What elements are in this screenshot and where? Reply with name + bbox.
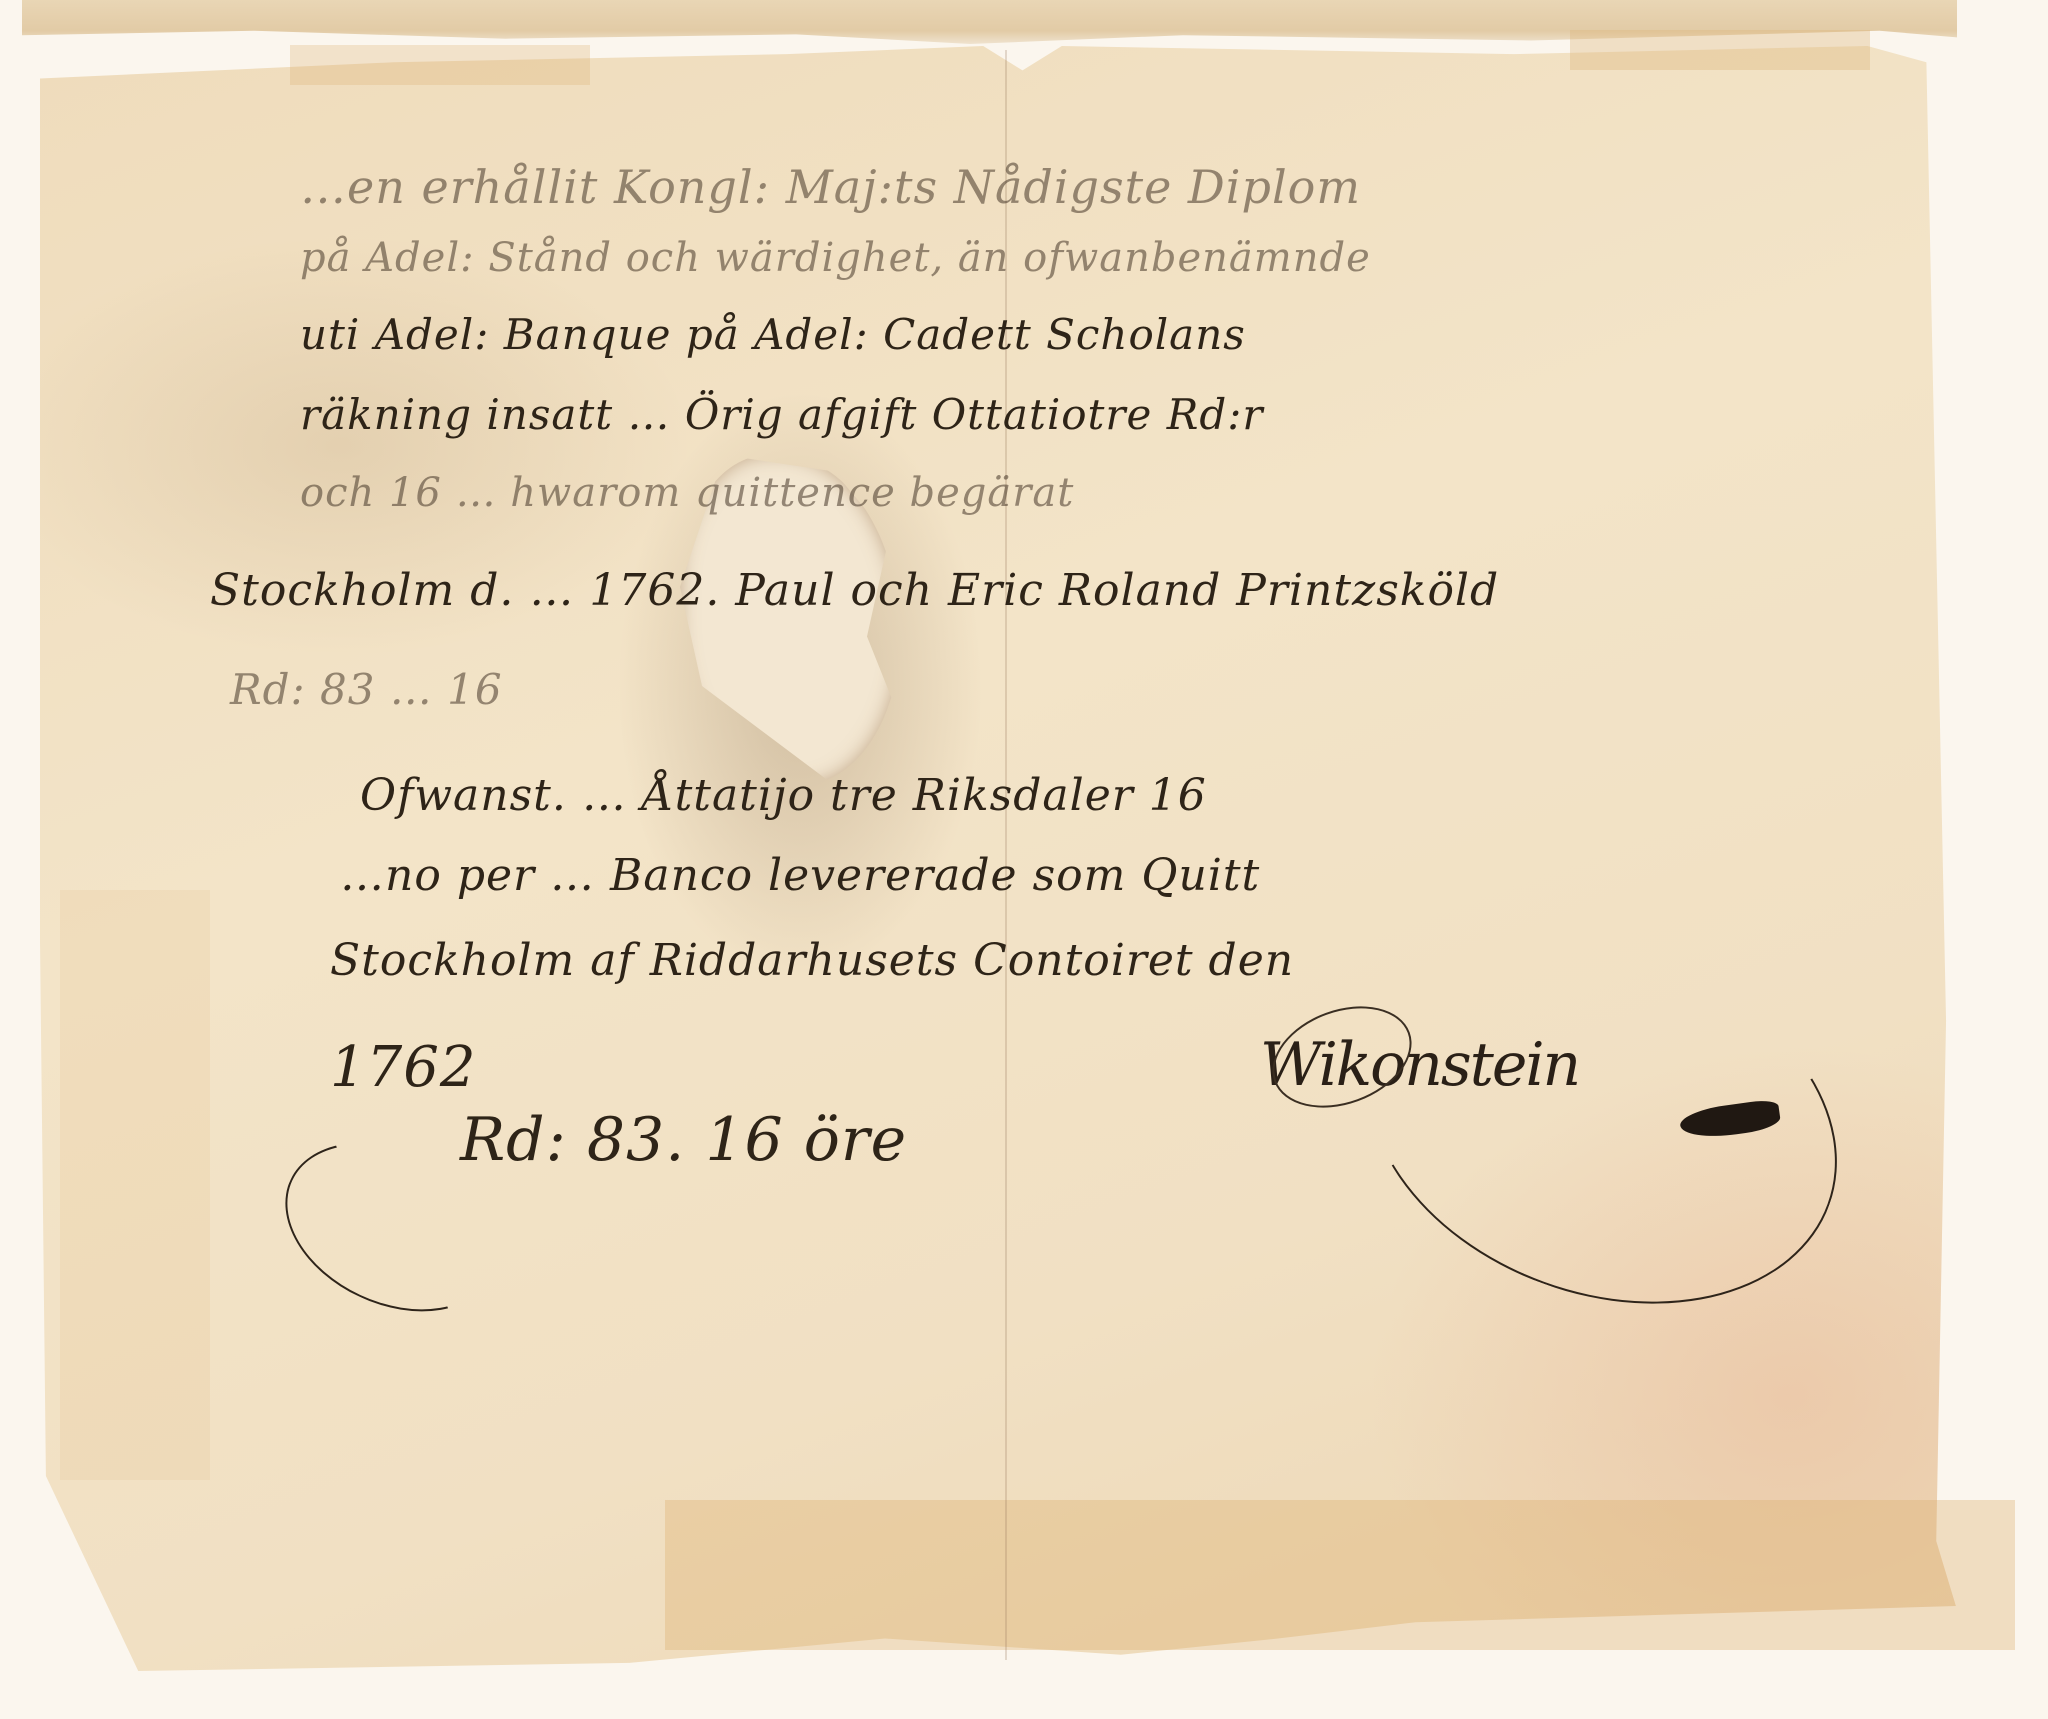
text-line-year: 1762 bbox=[330, 1035, 477, 1100]
tape-top-right bbox=[1570, 30, 1870, 70]
text-line-5: och 16 … hwarom quittence begärat bbox=[300, 470, 1074, 516]
text-line-6: Stockholm d. … 1762. Paul och Eric Rolan… bbox=[210, 565, 1499, 616]
tape-left bbox=[60, 890, 210, 1480]
text-line-2: på Adel: Stånd och wärdighet, än ofwanbe… bbox=[300, 235, 1371, 281]
text-line-1: …en erhållit Kongl: Maj:ts Nådigste Dipl… bbox=[300, 160, 1361, 214]
text-line-10: Stockholm af Riddarhusets Contoiret den bbox=[330, 935, 1294, 986]
tape-bottom bbox=[665, 1500, 2015, 1650]
text-line-7: Rd: 83 … 16 bbox=[230, 665, 503, 714]
text-line-8: Ofwanst. … Åttatijo tre Riksdaler 16 bbox=[360, 770, 1207, 821]
text-line-3: uti Adel: Banque på Adel: Cadett Scholan… bbox=[300, 310, 1246, 359]
tape-top-left bbox=[290, 45, 590, 85]
text-line-4: räkning insatt … Örig afgift Ottatiotre … bbox=[300, 390, 1263, 439]
text-line-amount: Rd: 83. 16 öre bbox=[460, 1105, 907, 1175]
text-line-9: …no per … Banco levererade som Quitt bbox=[340, 850, 1260, 901]
